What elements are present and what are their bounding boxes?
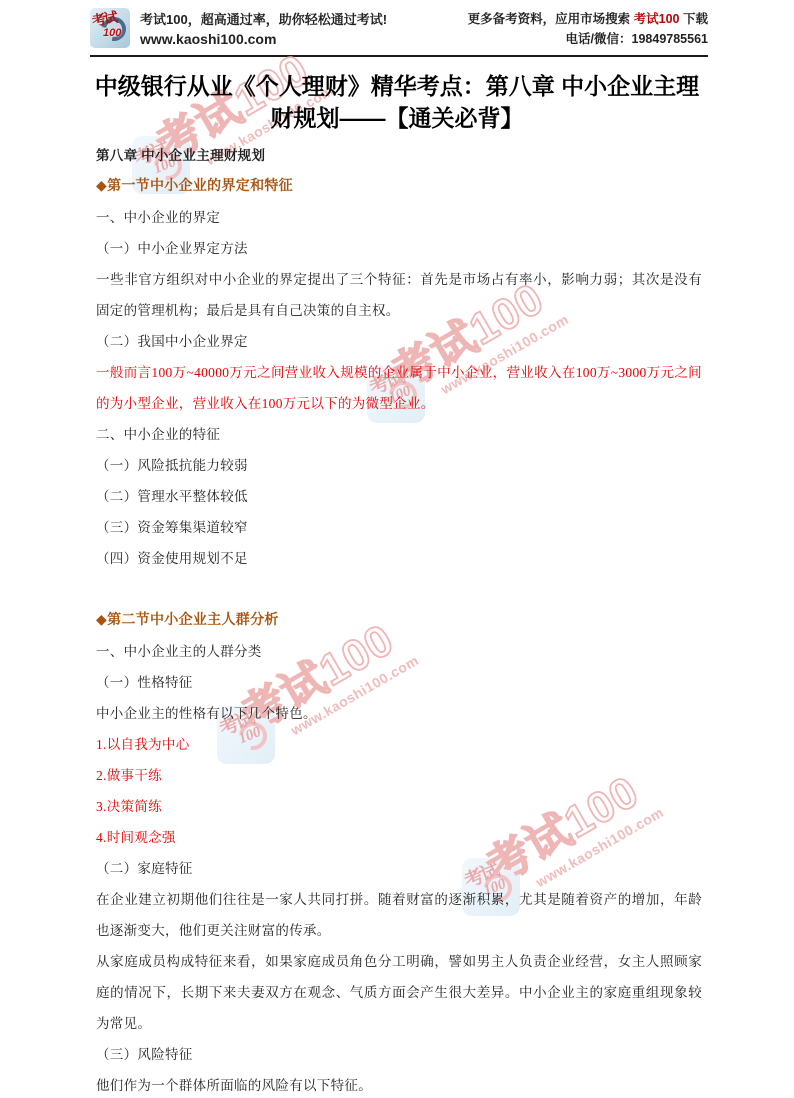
- page-header: 考试 100 考试100，超高通过率，助你轻松通过考试! www.kaoshi1…: [90, 8, 708, 52]
- paragraph: （二）管理水平整体较低: [96, 481, 702, 512]
- kaoshi100-logo-icon: 考试 100: [90, 8, 130, 48]
- paragraph: 一些非官方组织对中小企业的界定提出了三个特征：首先是市场占有率小，影响力弱；其次…: [96, 264, 702, 326]
- logo-number: 100: [103, 27, 121, 39]
- paragraph: （二）我国中小企业界定: [96, 326, 702, 357]
- paragraph: 一、中小企业的界定: [96, 202, 702, 233]
- paragraph: 3.决策简练: [96, 791, 702, 822]
- paragraph: （一）中小企业界定方法: [96, 233, 702, 264]
- blank-line: [96, 574, 702, 605]
- paragraph: （三）资金筹集渠道较窄: [96, 512, 702, 543]
- paragraph: 在企业建立初期他们往往是一家人共同打拼。随着财富的逐渐积累，尤其是随着资产的增加…: [96, 884, 702, 946]
- paragraph: 4.时间观念强: [96, 822, 702, 853]
- paragraph: 2.做事干练: [96, 760, 702, 791]
- paragraph: （三）风险特征: [96, 1039, 702, 1070]
- section-heading: ◆第一节中小企业的界定和特征: [96, 171, 702, 202]
- header-download-line: 更多备考资料，应用市场搜索 考试100 下载: [468, 10, 708, 29]
- header-contact-line: 电话/微信：19849785561: [468, 29, 708, 49]
- paragraph: 他们作为一个群体所面临的风险有以下特征。: [96, 1070, 702, 1098]
- document-page: 考试 100 考试100 www.kaoshi100.com 考试 100 考试…: [0, 0, 794, 1098]
- header-website: www.kaoshi100.com: [140, 29, 387, 49]
- header-left-text: 考试100，超高通过率，助你轻松通过考试! www.kaoshi100.com: [140, 8, 387, 49]
- paragraph: （一）风险抵抗能力较弱: [96, 450, 702, 481]
- paragraph: 一般而言100万~40000万元之间营业收入规模的企业属于中小企业，营业收入在1…: [96, 357, 702, 419]
- header-slogan: 考试100，超高通过率，助你轻松通过考试!: [140, 10, 387, 29]
- paragraph: （一）性格特征: [96, 667, 702, 698]
- document-title: 中级银行从业《个人理财》精华考点：第八章 中小企业主理财规划——【通关必背】: [94, 70, 700, 134]
- document-body: 第八章 中小企业主理财规划◆第一节中小企业的界定和特征一、中小企业的界定（一）中…: [96, 140, 702, 1098]
- download-prefix: 更多备考资料，应用市场搜索: [468, 12, 634, 26]
- paragraph: 中小企业主的性格有以下几个特色。: [96, 698, 702, 729]
- download-suffix: 下载: [680, 12, 708, 26]
- header-right-text: 更多备考资料，应用市场搜索 考试100 下载 电话/微信：19849785561: [468, 8, 708, 49]
- header-divider: [90, 55, 708, 57]
- paragraph: 从家庭成员构成特征来看，如果家庭成员角色分工明确，譬如男主人负责企业经营，女主人…: [96, 946, 702, 1039]
- brand-name: 考试100: [634, 12, 680, 26]
- paragraph: （二）家庭特征: [96, 853, 702, 884]
- paragraph: 第八章 中小企业主理财规划: [96, 140, 702, 171]
- paragraph: （四）资金使用规划不足: [96, 543, 702, 574]
- paragraph: 二、中小企业的特征: [96, 419, 702, 450]
- paragraph: 一、中小企业主的人群分类: [96, 636, 702, 667]
- paragraph: 1.以自我为中心: [96, 729, 702, 760]
- section-heading: ◆第二节中小企业主人群分析: [96, 605, 702, 636]
